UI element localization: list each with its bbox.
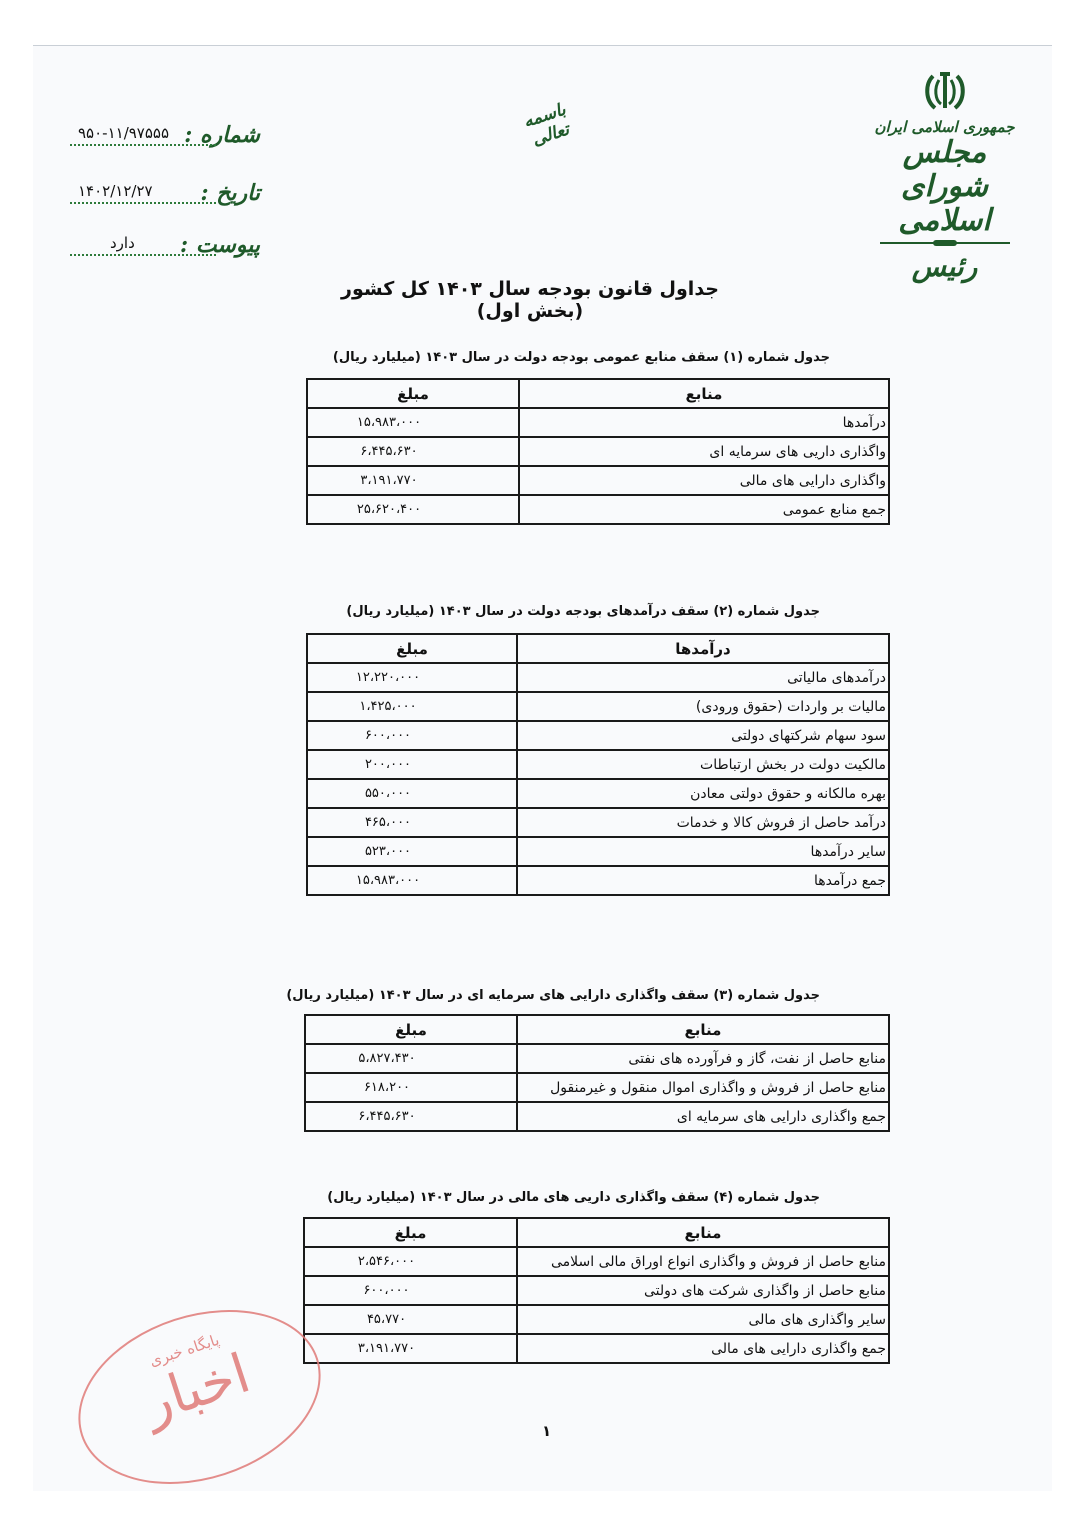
- row-amount: ۶۰۰،۰۰۰: [307, 721, 517, 750]
- row-amount: ۶،۴۴۵،۶۳۰: [305, 1102, 517, 1131]
- row-label: درآمدهای مالیاتی: [517, 663, 889, 692]
- row-amount: ۱۲،۲۲۰،۰۰۰: [307, 663, 517, 692]
- table-1-general-resources: منابع مبلغ درآمدها۱۵،۹۸۳،۰۰۰ واگذاری دار…: [306, 378, 890, 525]
- row-label: مالکیت دولت در بخش ارتباطات: [517, 750, 889, 779]
- column-header-label: درآمدها: [517, 634, 889, 663]
- dotted-line: [70, 202, 216, 204]
- row-label: درآمدها: [519, 408, 889, 437]
- iran-emblem-icon: [923, 70, 967, 114]
- row-amount: ۶۰۰،۰۰۰: [304, 1276, 517, 1305]
- date-value: ۱۴۰۲/۱۲/۲۷: [78, 182, 153, 200]
- dotted-line: [70, 254, 216, 256]
- row-amount: ۱۵،۹۸۳،۰۰۰: [307, 408, 519, 437]
- table-header-row: درآمدها مبلغ: [307, 634, 889, 663]
- column-header-amount: مبلغ: [307, 634, 517, 663]
- table-row: منابع حاصل از فروش و واگذاری اموال منقول…: [305, 1073, 889, 1102]
- row-label: منابع حاصل از فروش و واگذاری اموال منقول…: [517, 1073, 889, 1102]
- row-amount: ۱۵،۹۸۳،۰۰۰: [307, 866, 517, 895]
- table-total-row: جمع واگذاری دارایی های سرمایه ای۶،۴۴۵،۶۳…: [305, 1102, 889, 1131]
- institution-name: مجلس شورای اسلامی: [862, 136, 1027, 238]
- signatory-role: رئیس: [862, 250, 1027, 283]
- row-label: سود سهام شرکتهای دولتی: [517, 721, 889, 750]
- emblem-caption: جمهوری اسلامی ایران: [862, 118, 1027, 136]
- row-label: مالیات بر واردات (حقوق ورودی): [517, 692, 889, 721]
- row-amount: ۱،۴۲۵،۰۰۰: [307, 692, 517, 721]
- row-amount: ۲۰۰،۰۰۰: [307, 750, 517, 779]
- row-label: بهره مالکانه و حقوق دولتی معادن: [517, 779, 889, 808]
- row-amount: ۶۱۸،۲۰۰: [305, 1073, 517, 1102]
- column-header-amount: مبلغ: [304, 1218, 517, 1247]
- table-2-revenues: درآمدها مبلغ درآمدهای مالیاتی۱۲،۲۲۰،۰۰۰ …: [306, 633, 890, 896]
- table-row: سایر درآمدها۵۲۳،۰۰۰: [307, 837, 889, 866]
- parliament-letterhead: جمهوری اسلامی ایران مجلس شورای اسلامی رئ…: [862, 70, 1027, 315]
- table-row: درآمد حاصل از فروش کالا و خدمات۴۶۵،۰۰۰: [307, 808, 889, 837]
- attachment-field: پیوست : دارد: [70, 222, 260, 262]
- row-amount: ۶،۴۴۵،۶۳۰: [307, 437, 519, 466]
- table-row: منابع حاصل از واگذاری شرکت های دولتی۶۰۰،…: [304, 1276, 889, 1305]
- row-label: جمع منابع عمومی: [519, 495, 889, 524]
- table-row: مالکیت دولت در بخش ارتباطات۲۰۰،۰۰۰: [307, 750, 889, 779]
- column-header-amount: مبلغ: [305, 1015, 517, 1044]
- row-amount: ۳،۱۹۱،۷۷۰: [304, 1334, 517, 1363]
- row-label: واگذاری دارایی های مالی: [519, 466, 889, 495]
- dotted-line: [70, 144, 216, 146]
- row-amount: ۵۲۳،۰۰۰: [307, 837, 517, 866]
- table-header-row: منابع مبلغ: [305, 1015, 889, 1044]
- table-header-row: منابع مبلغ: [307, 379, 889, 408]
- table-2-caption: جدول شماره (۲) سقف درآمدهای بودجه دولت د…: [375, 604, 820, 619]
- row-amount: ۲،۵۴۶،۰۰۰: [304, 1247, 517, 1276]
- date-field: تاریخ : ۱۴۰۲/۱۲/۲۷: [70, 170, 260, 210]
- attachment-value: دارد: [110, 234, 135, 252]
- table-row: درآمدهای مالیاتی۱۲،۲۲۰،۰۰۰: [307, 663, 889, 692]
- row-label: واگذاری داریی های سرمایه ای: [519, 437, 889, 466]
- table-row: واگذاری دارایی های مالی۳،۱۹۱،۷۷۰: [307, 466, 889, 495]
- row-amount: ۲۵،۶۲۰،۴۰۰: [307, 495, 519, 524]
- table-row: مالیات بر واردات (حقوق ورودی)۱،۴۲۵،۰۰۰: [307, 692, 889, 721]
- table-row: سایر واگذاری های مالی۴۵،۷۷۰: [304, 1305, 889, 1334]
- table-1-caption: جدول شماره (۱) سقف منابع عمومی بودجه دول…: [370, 350, 830, 365]
- column-header-label: منابع: [519, 379, 889, 408]
- row-label: جمع درآمدها: [517, 866, 889, 895]
- table-total-row: جمع واگذاری دارایی های مالی۳،۱۹۱،۷۷۰: [304, 1334, 889, 1363]
- row-label: جمع واگذاری دارایی های سرمایه ای: [517, 1102, 889, 1131]
- table-row: بهره مالکانه و حقوق دولتی معادن۵۵۰،۰۰۰: [307, 779, 889, 808]
- table-total-row: جمع منابع عمومی۲۵،۶۲۰،۴۰۰: [307, 495, 889, 524]
- table-row: منابع حاصل از فروش و واگذاری انواع اوراق…: [304, 1247, 889, 1276]
- row-amount: ۳،۱۹۱،۷۷۰: [307, 466, 519, 495]
- table-row: درآمدها۱۵،۹۸۳،۰۰۰: [307, 408, 889, 437]
- row-label: درآمد حاصل از فروش کالا و خدمات: [517, 808, 889, 837]
- table-row: منابع حاصل از نفت، گاز و فرآورده های نفت…: [305, 1044, 889, 1073]
- row-amount: ۴۵،۷۷۰: [304, 1305, 517, 1334]
- row-label: منابع حاصل از واگذاری شرکت های دولتی: [517, 1276, 889, 1305]
- reference-number-value: ۹۵۰-۱۱/۹۷۵۵۵: [78, 124, 169, 142]
- row-label: منابع حاصل از فروش و واگذاری انواع اوراق…: [517, 1247, 889, 1276]
- column-header-label: منابع: [517, 1015, 889, 1044]
- table-total-row: جمع درآمدها۱۵،۹۸۳،۰۰۰: [307, 866, 889, 895]
- table-row: واگذاری داریی های سرمایه ای۶،۴۴۵،۶۳۰: [307, 437, 889, 466]
- column-header-amount: مبلغ: [307, 379, 519, 408]
- row-amount: ۵۵۰،۰۰۰: [307, 779, 517, 808]
- table-3-capital-assets: منابع مبلغ منابع حاصل از نفت، گاز و فرآو…: [304, 1014, 890, 1132]
- row-amount: ۴۶۵،۰۰۰: [307, 808, 517, 837]
- row-label: سایر درآمدها: [517, 837, 889, 866]
- table-header-row: منابع مبلغ: [304, 1218, 889, 1247]
- row-amount: ۵،۸۲۷،۴۳۰: [305, 1044, 517, 1073]
- reference-number-field: شماره : ۹۵۰-۱۱/۹۷۵۵۵: [70, 112, 260, 152]
- ornamental-divider: [880, 242, 1010, 244]
- row-label: جمع واگذاری دارایی های مالی: [517, 1334, 889, 1363]
- table-row: سود سهام شرکتهای دولتی۶۰۰،۰۰۰: [307, 721, 889, 750]
- table-4-financial-assets: منابع مبلغ منابع حاصل از فروش و واگذاری …: [303, 1217, 890, 1364]
- document-title: جداول قانون بودجه سال ۱۴۰۳ کل کشور (بخش …: [320, 278, 740, 322]
- page-number: ۱: [542, 1422, 551, 1440]
- column-header-label: منابع: [517, 1218, 889, 1247]
- table-3-caption: جدول شماره (۳) سقف واگذاری دارایی های سر…: [345, 988, 820, 1003]
- row-label: منابع حاصل از نفت، گاز و فرآورده های نفت…: [517, 1044, 889, 1073]
- row-label: سایر واگذاری های مالی: [517, 1305, 889, 1334]
- table-4-caption: جدول شماره (۴) سقف واگذاری داریی های مال…: [365, 1190, 820, 1205]
